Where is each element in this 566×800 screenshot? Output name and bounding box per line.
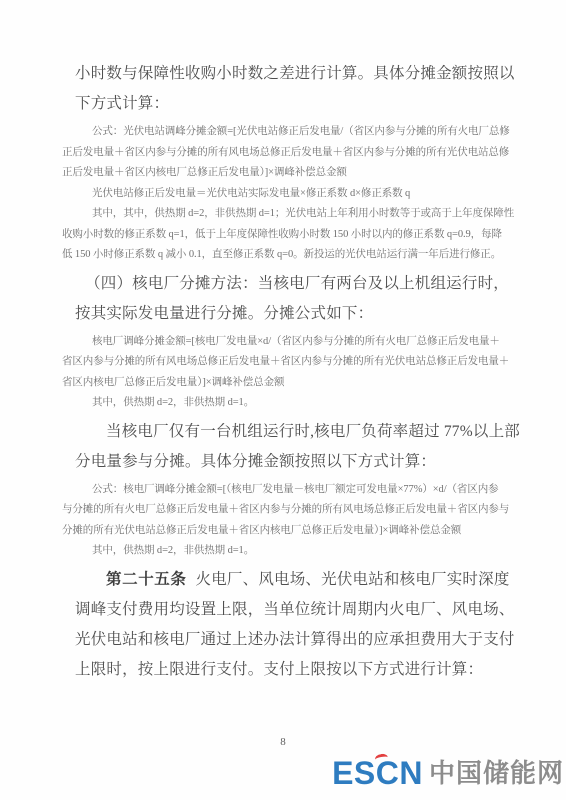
logo-escn-text: ESCN — [332, 757, 423, 789]
text-line: 正后发电量＋省区内参与分摊的所有风电场总修正后发电量＋省区内参与分摊的所有光伏电… — [62, 143, 516, 164]
text-line: 调峰支付费用均设置上限，当单位统计周期内火电厂、风电场、 — [75, 595, 516, 625]
formula-block: 核电厂调峰分摊金额=[核电厂发电量×d/（省区内参与分摊的所有火电厂总修正后发电… — [62, 332, 516, 414]
text-line: 其中，其中，供热期 d=2，非供热期 d=1；光伏电站上年利用小时数等于或高于上… — [62, 204, 516, 225]
text-line: 其中，供热期 d=2，非供热期 d=1。 — [62, 393, 516, 414]
text-line: 第二十五条火电厂、风电场、光伏电站和核电厂实时深度 — [75, 565, 516, 595]
formula-block: 公式：光伏电站调峰分摊金额=[光伏电站修正后发电量/（省区内参与分摊的所有火电厂… — [62, 122, 516, 266]
text-line: 上限时，按上限进行支付。支付上限按以下方式进行计算： — [75, 655, 516, 685]
body-block: 第二十五条火电厂、风电场、光伏电站和核电厂实时深度调峰支付费用均设置上限，当单位… — [62, 565, 516, 685]
body-block: 当核电厂仅有一台机组运行时,核电厂负荷率超过 77%以上部分电量参与分摊。具体分… — [62, 417, 516, 477]
body-block: （四）核电厂分摊方法：当核电厂有两台及以上机组运行时，按其实际发电量进行分摊。分… — [62, 269, 516, 329]
text-line: 下方式计算： — [75, 89, 516, 119]
text-line: 当核电厂仅有一台机组运行时,核电厂负荷率超过 77%以上部 — [75, 417, 516, 447]
escn-logo: ESCN 中国储能网 — [332, 757, 564, 789]
text-line: 按其实际发电量进行分摊。分摊公式如下： — [75, 299, 516, 329]
text-line: 省区内参与分摊的所有风电场总修正后发电量＋省区内参与分摊的所有光伏电站总修正后发… — [62, 352, 516, 373]
logo-site-name: 中国储能网 — [429, 760, 564, 786]
text-line: 分摊的所有光伏电站总修正后发电量＋省区内核电厂总修正后发电量）]×调峰补偿总金额 — [62, 521, 516, 542]
page-number: 8 — [0, 736, 566, 748]
text-line: 与分摊的所有火电厂总修正后发电量＋省区内参与分摊的所有风电场总修正后发电量＋省区… — [62, 500, 516, 521]
text-line: 核电厂调峰分摊金额=[核电厂发电量×d/（省区内参与分摊的所有火电厂总修正后发电… — [62, 332, 516, 353]
text-line: 光伏电站修正后发电量＝光伏电站实际发电量×修正系数 d×修正系数 q — [62, 184, 516, 205]
body-block: 小时数与保障性收购小时数之差进行计算。具体分摊金额按照以下方式计算： — [62, 59, 516, 119]
document-page: 小时数与保障性收购小时数之差进行计算。具体分摊金额按照以下方式计算：公式：光伏电… — [0, 0, 566, 800]
text-line: 分电量参与分摊。具体分摊金额按照以下方式计算： — [75, 447, 516, 477]
text-line: 正后发电量＋省区内核电厂总修正后发电量）]×调峰补偿总金额 — [62, 163, 516, 184]
text-line: 收购小时数的修正系数 q=1，低于上年度保障性收购小时数 150 小时以内的修正… — [62, 225, 516, 246]
formula-block: 公式：核电厂调峰分摊金额=[（核电厂发电量－核电厂额定可发电量×77%）×d/（… — [62, 480, 516, 562]
text-line: 省区内核电厂总修正后发电量）]×调峰补偿总金额 — [62, 373, 516, 394]
document-content: 小时数与保障性收购小时数之差进行计算。具体分摊金额按照以下方式计算：公式：光伏电… — [0, 0, 566, 685]
text-line: 公式：核电厂调峰分摊金额=[（核电厂发电量－核电厂额定可发电量×77%）×d/（… — [62, 480, 516, 501]
text-line: （四）核电厂分摊方法：当核电厂有两台及以上机组运行时， — [75, 269, 516, 299]
text-line: 其中，供热期 d=2，非供热期 d=1。 — [62, 541, 516, 562]
text-line: 光伏电站和核电厂通过上述办法计算得出的应承担费用大于支付 — [75, 625, 516, 655]
text-line: 低 150 小时修正系数 q 减小 0.1，直至修正系数 q=0。新投运的光伏电… — [62, 245, 516, 266]
text-line: 公式：光伏电站调峰分摊金额=[光伏电站修正后发电量/（省区内参与分摊的所有火电厂… — [62, 122, 516, 143]
article-number: 第二十五条 — [106, 571, 187, 588]
text-line: 小时数与保障性收购小时数之差进行计算。具体分摊金额按照以 — [75, 59, 516, 89]
